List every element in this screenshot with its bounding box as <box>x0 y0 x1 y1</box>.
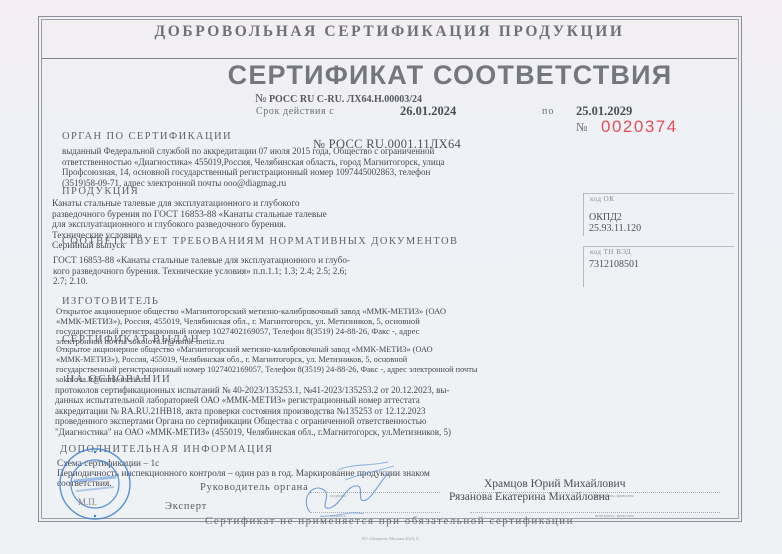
issued-to-line: Открытое акционерное общество «Магнитого… <box>56 345 726 355</box>
certification-body-heading: ОРГАН ПО СЕРТИФИКАЦИИ <box>62 131 232 142</box>
expert-name: Рязанова Екатерина Михайловна <box>449 491 610 503</box>
certification-body-line: выданный Федеральной службой по аккредит… <box>62 146 722 157</box>
serial-number-sign: № <box>576 120 587 135</box>
manufacturer-line: «ММК-МЕТИЗ»), Россия, 455019, Челябинска… <box>56 316 726 326</box>
handwritten-signature-icon <box>290 460 400 522</box>
certification-stamp-icon <box>58 447 132 521</box>
certification-body-line: Профсоюзная, 14, основной государственны… <box>62 167 722 178</box>
okpd-classifier: ОКПД2 <box>589 212 622 223</box>
print-code: АО «Опцион» Москва 2023, Б <box>300 536 480 541</box>
valid-to-label: по <box>542 106 554 117</box>
normative-line: кого разведочного бурения. Технические у… <box>53 266 553 277</box>
certificate-title: СЕРТИФИКАТ СООТВЕТСТВИЯ <box>140 60 760 91</box>
product-line: Канаты стальные талевые для эксплуатацио… <box>52 199 532 210</box>
tnved-code-value: 7312108501 <box>589 259 639 270</box>
manufacturer-line: Открытое акционерное общество «Магнитого… <box>56 306 726 316</box>
certification-body-line: ответственностью «Диагностика» 455019,Ро… <box>62 157 722 168</box>
product-line: разведочного бурения по ГОСТ 16853-88 «К… <box>52 210 532 221</box>
stamp-place-label: М.П. <box>78 497 97 507</box>
basis-line: аккредитации № RA.RU.21НВ18, акта провер… <box>55 406 735 416</box>
normative-documents-text: ГОСТ 16853-88 «Канаты стальные талевые д… <box>53 255 553 287</box>
certificate-number: № РОСС RU C-RU. ЛХ64.Н.00003/24 <box>255 91 422 106</box>
head-of-body-name: Храмцов Юрий Михайлович <box>484 478 626 490</box>
certification-body-details: выданный Федеральной службой по аккредит… <box>62 146 722 188</box>
product-heading: ПРОДУКЦИЯ <box>62 186 139 197</box>
okpd-code-value: 25.93.11.120 <box>589 223 641 234</box>
tnved-code-box: код ТН ВЭД 7312108501 <box>583 246 734 287</box>
valid-from-date: 26.01.2024 <box>400 104 456 119</box>
okpd-code-label: код ОК <box>590 195 614 203</box>
basis-details: протоколов сертификационных испытаний № … <box>55 385 735 437</box>
voluntary-certification-header: ДОБРОВОЛЬНАЯ СЕРТИФИКАЦИЯ ПРОДУКЦИИ <box>42 23 737 41</box>
validity-label: Срок действия с <box>256 106 334 117</box>
basis-line: "Диагностика" на ОАО «ММК-МЕТИЗ» (455019… <box>55 427 735 437</box>
basis-heading: НА ОСНОВАНИИ <box>66 373 171 385</box>
expert-label: Эксперт <box>165 501 207 512</box>
issued-to-line: «ММК-МЕТИЗ»), Россия, 455019, Челябинска… <box>56 355 726 365</box>
tnved-code-label: код ТН ВЭД <box>590 248 631 256</box>
mandatory-certification-note: Сертификат не применяется при обязательн… <box>42 515 737 527</box>
basis-line: данных испытательной лабораторией ОАО «М… <box>55 395 735 405</box>
issued-to-heading: СЕРТИФИКАТ ВЫДАН <box>62 333 200 345</box>
number-sign: № <box>255 91 266 105</box>
certification-body-line: (3519)58-09-71, адрес электронной почты … <box>62 178 722 189</box>
product-line: для эксплуатационного и глубокого развед… <box>52 220 532 231</box>
okpd-code-box: код ОК ОКПД2 25.93.11.120 <box>583 193 734 236</box>
basis-line: проведенного экспертами Органа по сертиф… <box>55 416 735 426</box>
serial-number: 0020374 <box>601 117 678 137</box>
basis-line: протоколов сертификационных испытаний № … <box>55 385 735 395</box>
header-separator <box>42 58 737 59</box>
normative-line: 2.7; 2.10. <box>53 276 553 287</box>
normative-line: ГОСТ 16853-88 «Канаты стальные талевые д… <box>53 255 553 266</box>
normative-documents-heading: СООТВЕТСТВУЕТ ТРЕБОВАНИЯМ НОРМАТИВНЫХ ДО… <box>62 236 458 247</box>
